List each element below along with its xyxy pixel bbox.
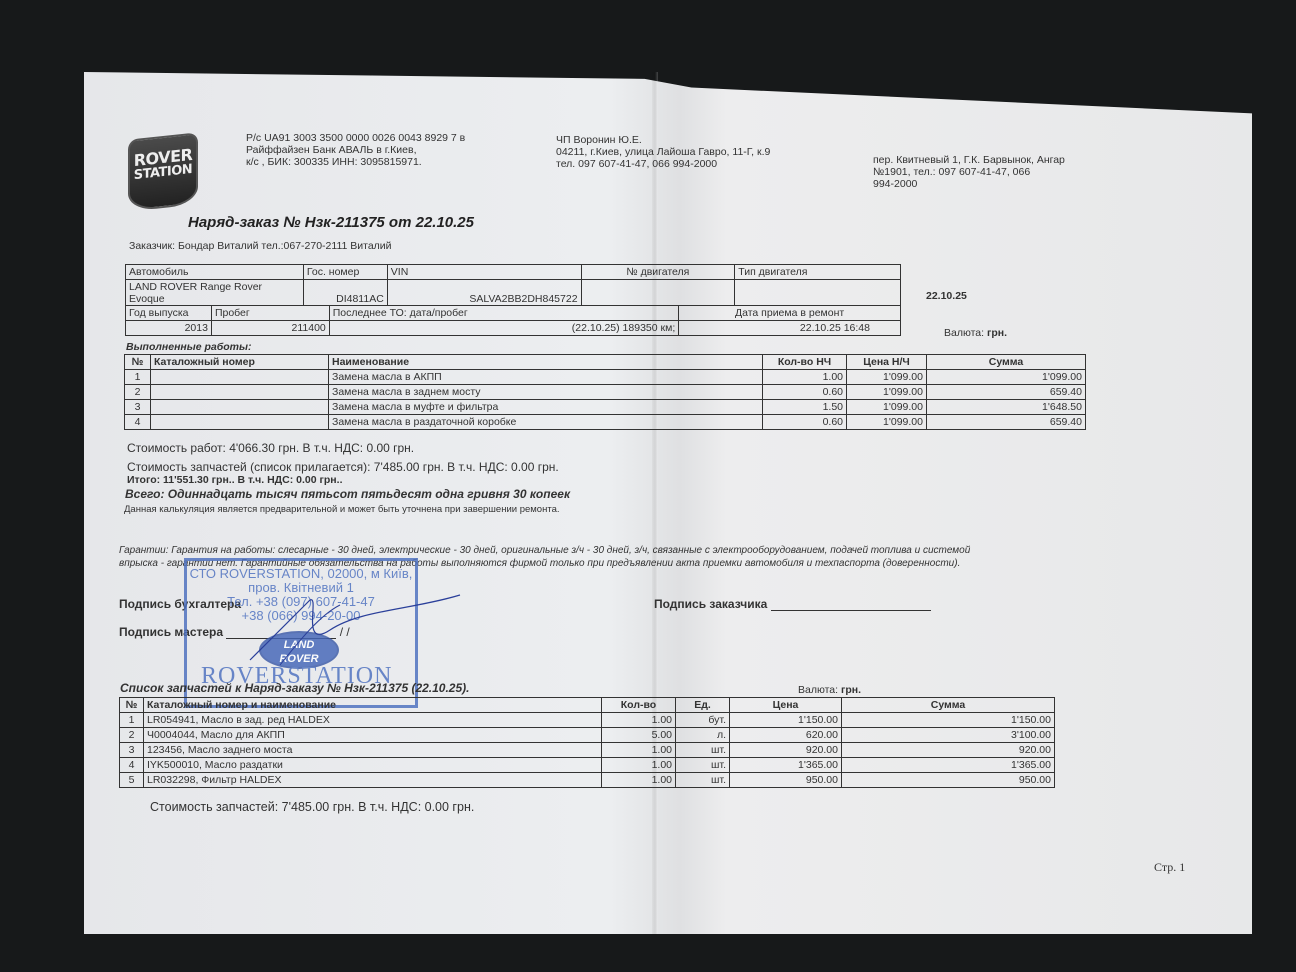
customer-info: Заказчик: Бондар Виталий тел.:067-270-21… [129, 240, 392, 252]
table-row: 1LR054941, Масло в зад. ред HALDEX1.00бу… [120, 713, 1055, 728]
work-name: Замена масла в заднем мосту [329, 385, 763, 400]
part-unit: бут. [676, 713, 730, 728]
label-engine-type: Тип двигателя [735, 265, 901, 280]
side-date: 22.10.25 [926, 290, 967, 302]
bank-line: Райффайзен Банк АВАЛЬ в г.Киев, [246, 144, 465, 156]
part-price: 950.00 [730, 773, 842, 788]
currency-value: грн. [987, 327, 1007, 339]
part-number: 5 [120, 773, 144, 788]
work-price: 1'099.00 [847, 415, 927, 430]
part-unit: шт. [676, 773, 730, 788]
part-sum: 920.00 [842, 743, 1055, 758]
part-name: LR054941, Масло в зад. ред HALDEX [144, 713, 602, 728]
part-price: 620.00 [730, 728, 842, 743]
work-name: Замена масла в муфте и фильтра [329, 400, 763, 415]
works-section-title: Выполненные работы: [126, 341, 251, 353]
owner-line: 04211, г.Киев, улица Лайоша Гавро, 11-Г,… [556, 146, 770, 158]
table-row: 2Замена масла в заднем мосту0.601'099.00… [125, 385, 1086, 400]
part-qty: 1.00 [602, 713, 676, 728]
parts-currency: Валюта: грн. [798, 684, 861, 696]
part-number: 1 [120, 713, 144, 728]
work-sum: 659.40 [927, 415, 1086, 430]
work-catalog [151, 385, 329, 400]
parts-header-n: № [120, 698, 144, 713]
guarantee-line: Гарантии: Гарантия на работы: слесарные … [119, 544, 970, 557]
part-sum: 1'150.00 [842, 713, 1055, 728]
bank-line: Р/с UA91 3003 3500 0000 0026 0043 8929 7… [246, 132, 465, 144]
engine-no-value [581, 280, 735, 306]
part-qty: 1.00 [602, 773, 676, 788]
parts-currency-label: Валюта: [798, 684, 838, 696]
table-row: 3123456, Масло заднего моста1.00шт.920.0… [120, 743, 1055, 758]
part-qty: 1.00 [602, 743, 676, 758]
customer-signature-line [771, 599, 931, 611]
part-price: 1'365.00 [730, 758, 842, 773]
work-number: 2 [125, 385, 151, 400]
part-name: LR032298, Фильтр HALDEX [144, 773, 602, 788]
part-sum: 950.00 [842, 773, 1055, 788]
parts-cost: Стоимость запчастей (список прилагается)… [127, 460, 559, 474]
label-intake-date: Дата приема в ремонт [679, 306, 901, 321]
branch-line: №1901, тел.: 097 607-41-47, 066 [873, 166, 1065, 178]
work-qty: 1.50 [763, 400, 847, 415]
part-price: 1'150.00 [730, 713, 842, 728]
part-name: IYK500010, Масло раздатки [144, 758, 602, 773]
engine-type-value [735, 280, 901, 306]
part-unit: шт. [676, 743, 730, 758]
parts-header-sum: Сумма [842, 698, 1055, 713]
label-car: Автомобиль [126, 265, 304, 280]
parts-header-price: Цена [730, 698, 842, 713]
intake-date-value: 22.10.25 16:48 [679, 321, 901, 336]
branch-line: 994-2000 [873, 178, 1065, 190]
works-header-n: № [125, 355, 151, 370]
currency-label: Валюта: [944, 327, 984, 339]
work-qty: 0.60 [763, 385, 847, 400]
order-title: Наряд-заказ № Нзк-211375 от 22.10.25 [188, 214, 474, 231]
parts-table: № Каталожный номер и наименование Кол-во… [119, 697, 1055, 788]
label-plate: Гос. номер [303, 265, 387, 280]
label-vin: VIN [387, 265, 581, 280]
work-number: 1 [125, 370, 151, 385]
part-name: 123456, Масло заднего моста [144, 743, 602, 758]
vin-value: SALVA2BB2DH845722 [387, 280, 581, 306]
table-row: 1Замена масла в АКПП1.001'099.001'099.00 [125, 370, 1086, 385]
work-sum: 1'099.00 [927, 370, 1086, 385]
label-year: Год выпуска [126, 306, 212, 321]
currency: Валюта: грн. [944, 327, 1007, 339]
table-row: 4IYK500010, Масло раздатки1.00шт.1'365.0… [120, 758, 1055, 773]
work-qty: 1.00 [763, 370, 847, 385]
part-qty: 1.00 [602, 758, 676, 773]
table-row: 3Замена масла в муфте и фильтра1.501'099… [125, 400, 1086, 415]
rover-station-logo: ROVER STATION [128, 132, 198, 211]
handwritten-signature [240, 590, 470, 670]
table-row: 4Замена масла в раздаточной коробке0.601… [125, 415, 1086, 430]
works-cost: Стоимость работ: 4'066.30 грн. В т.ч. НД… [127, 441, 414, 455]
table-row: 2Ч0004044, Масло для АКПП5.00л.620.003'1… [120, 728, 1055, 743]
total-in-words: Всего: Одиннадцать тысяч пятьсот пятьдес… [125, 487, 570, 501]
part-sum: 1'365.00 [842, 758, 1055, 773]
work-number: 4 [125, 415, 151, 430]
disclaimer: Данная калькуляция является предваритель… [124, 504, 560, 515]
vehicle-table-2: Год выпуска Пробег Последнее ТО: дата/пр… [125, 305, 901, 336]
parts-header-qty: Кол-во [602, 698, 676, 713]
works-header-catalog: Каталожный номер [151, 355, 329, 370]
part-unit: л. [676, 728, 730, 743]
part-unit: шт. [676, 758, 730, 773]
year-value: 2013 [126, 321, 212, 336]
part-sum: 3'100.00 [842, 728, 1055, 743]
table-row: 5LR032298, Фильтр HALDEX1.00шт.950.00950… [120, 773, 1055, 788]
works-header-qty: Кол-во НЧ [763, 355, 847, 370]
works-header-price: Цена Н/Ч [847, 355, 927, 370]
work-sum: 1'648.50 [927, 400, 1086, 415]
works-header-name: Наименование [329, 355, 763, 370]
work-catalog [151, 370, 329, 385]
parts-header-unit: Ед. [676, 698, 730, 713]
part-number: 2 [120, 728, 144, 743]
works-table: № Каталожный номер Наименование Кол-во Н… [124, 354, 1086, 430]
parts-currency-value: грн. [841, 684, 861, 696]
work-catalog [151, 415, 329, 430]
stamp-line: СТО ROVERSTATION, 02000, м Київ, [187, 567, 415, 581]
mileage-value: 211400 [211, 321, 329, 336]
work-number: 3 [125, 400, 151, 415]
last-service-value: (22.10.25) 189350 км; [329, 321, 678, 336]
car-model-line: Evoque [129, 293, 300, 305]
customer-signature: Подпись заказчика [654, 597, 931, 611]
work-price: 1'099.00 [847, 400, 927, 415]
bank-line: к/с , БИК: 300335 ИНН: 3095815971. [246, 156, 465, 168]
owner-line: тел. 097 607-41-47, 066 994-2000 [556, 158, 770, 170]
work-name: Замена масла в АКПП [329, 370, 763, 385]
customer-signature-label: Подпись заказчика [654, 597, 767, 611]
work-catalog [151, 400, 329, 415]
label-last-service: Последнее ТО: дата/пробег [329, 306, 678, 321]
paper-fold [652, 72, 658, 934]
parts-cost-summary: Стоимость запчастей: 7'485.00 грн. В т.ч… [150, 800, 474, 814]
page-number: Стр. 1 [1154, 860, 1185, 875]
owner-line: ЧП Воронин Ю.Е. [556, 134, 770, 146]
parts-header-name: Каталожный номер и наименование [144, 698, 602, 713]
work-qty: 0.60 [763, 415, 847, 430]
part-number: 3 [120, 743, 144, 758]
part-name: Ч0004044, Масло для АКПП [144, 728, 602, 743]
car-model: LAND ROVER Range Rover Evoque [126, 280, 304, 306]
owner-details: ЧП Воронин Ю.Е. 04211, г.Киев, улица Лай… [556, 134, 770, 170]
bank-details: Р/с UA91 3003 3500 0000 0026 0043 8929 7… [246, 132, 465, 168]
part-number: 4 [120, 758, 144, 773]
label-mileage: Пробег [211, 306, 329, 321]
work-price: 1'099.00 [847, 370, 927, 385]
vehicle-table: Автомобиль Гос. номер VIN № двигателя Ти… [125, 264, 901, 306]
part-price: 920.00 [730, 743, 842, 758]
grand-total: Итого: 11'551.30 грн.. В т.ч. НДС: 0.00 … [127, 474, 342, 486]
car-model-line: LAND ROVER Range Rover [129, 281, 300, 293]
works-header-sum: Сумма [927, 355, 1086, 370]
work-sum: 659.40 [927, 385, 1086, 400]
part-qty: 5.00 [602, 728, 676, 743]
work-price: 1'099.00 [847, 385, 927, 400]
branch-details: пер. Квитневый 1, Г.К. Барвынок, Ангар №… [873, 154, 1065, 190]
plate-value: DI4811AC [303, 280, 387, 306]
branch-line: пер. Квитневый 1, Г.К. Барвынок, Ангар [873, 154, 1065, 166]
label-engine-no: № двигателя [581, 265, 735, 280]
work-name: Замена масла в раздаточной коробке [329, 415, 763, 430]
parts-title: Список запчастей к Наряд-заказу № Нзк-21… [120, 681, 469, 695]
